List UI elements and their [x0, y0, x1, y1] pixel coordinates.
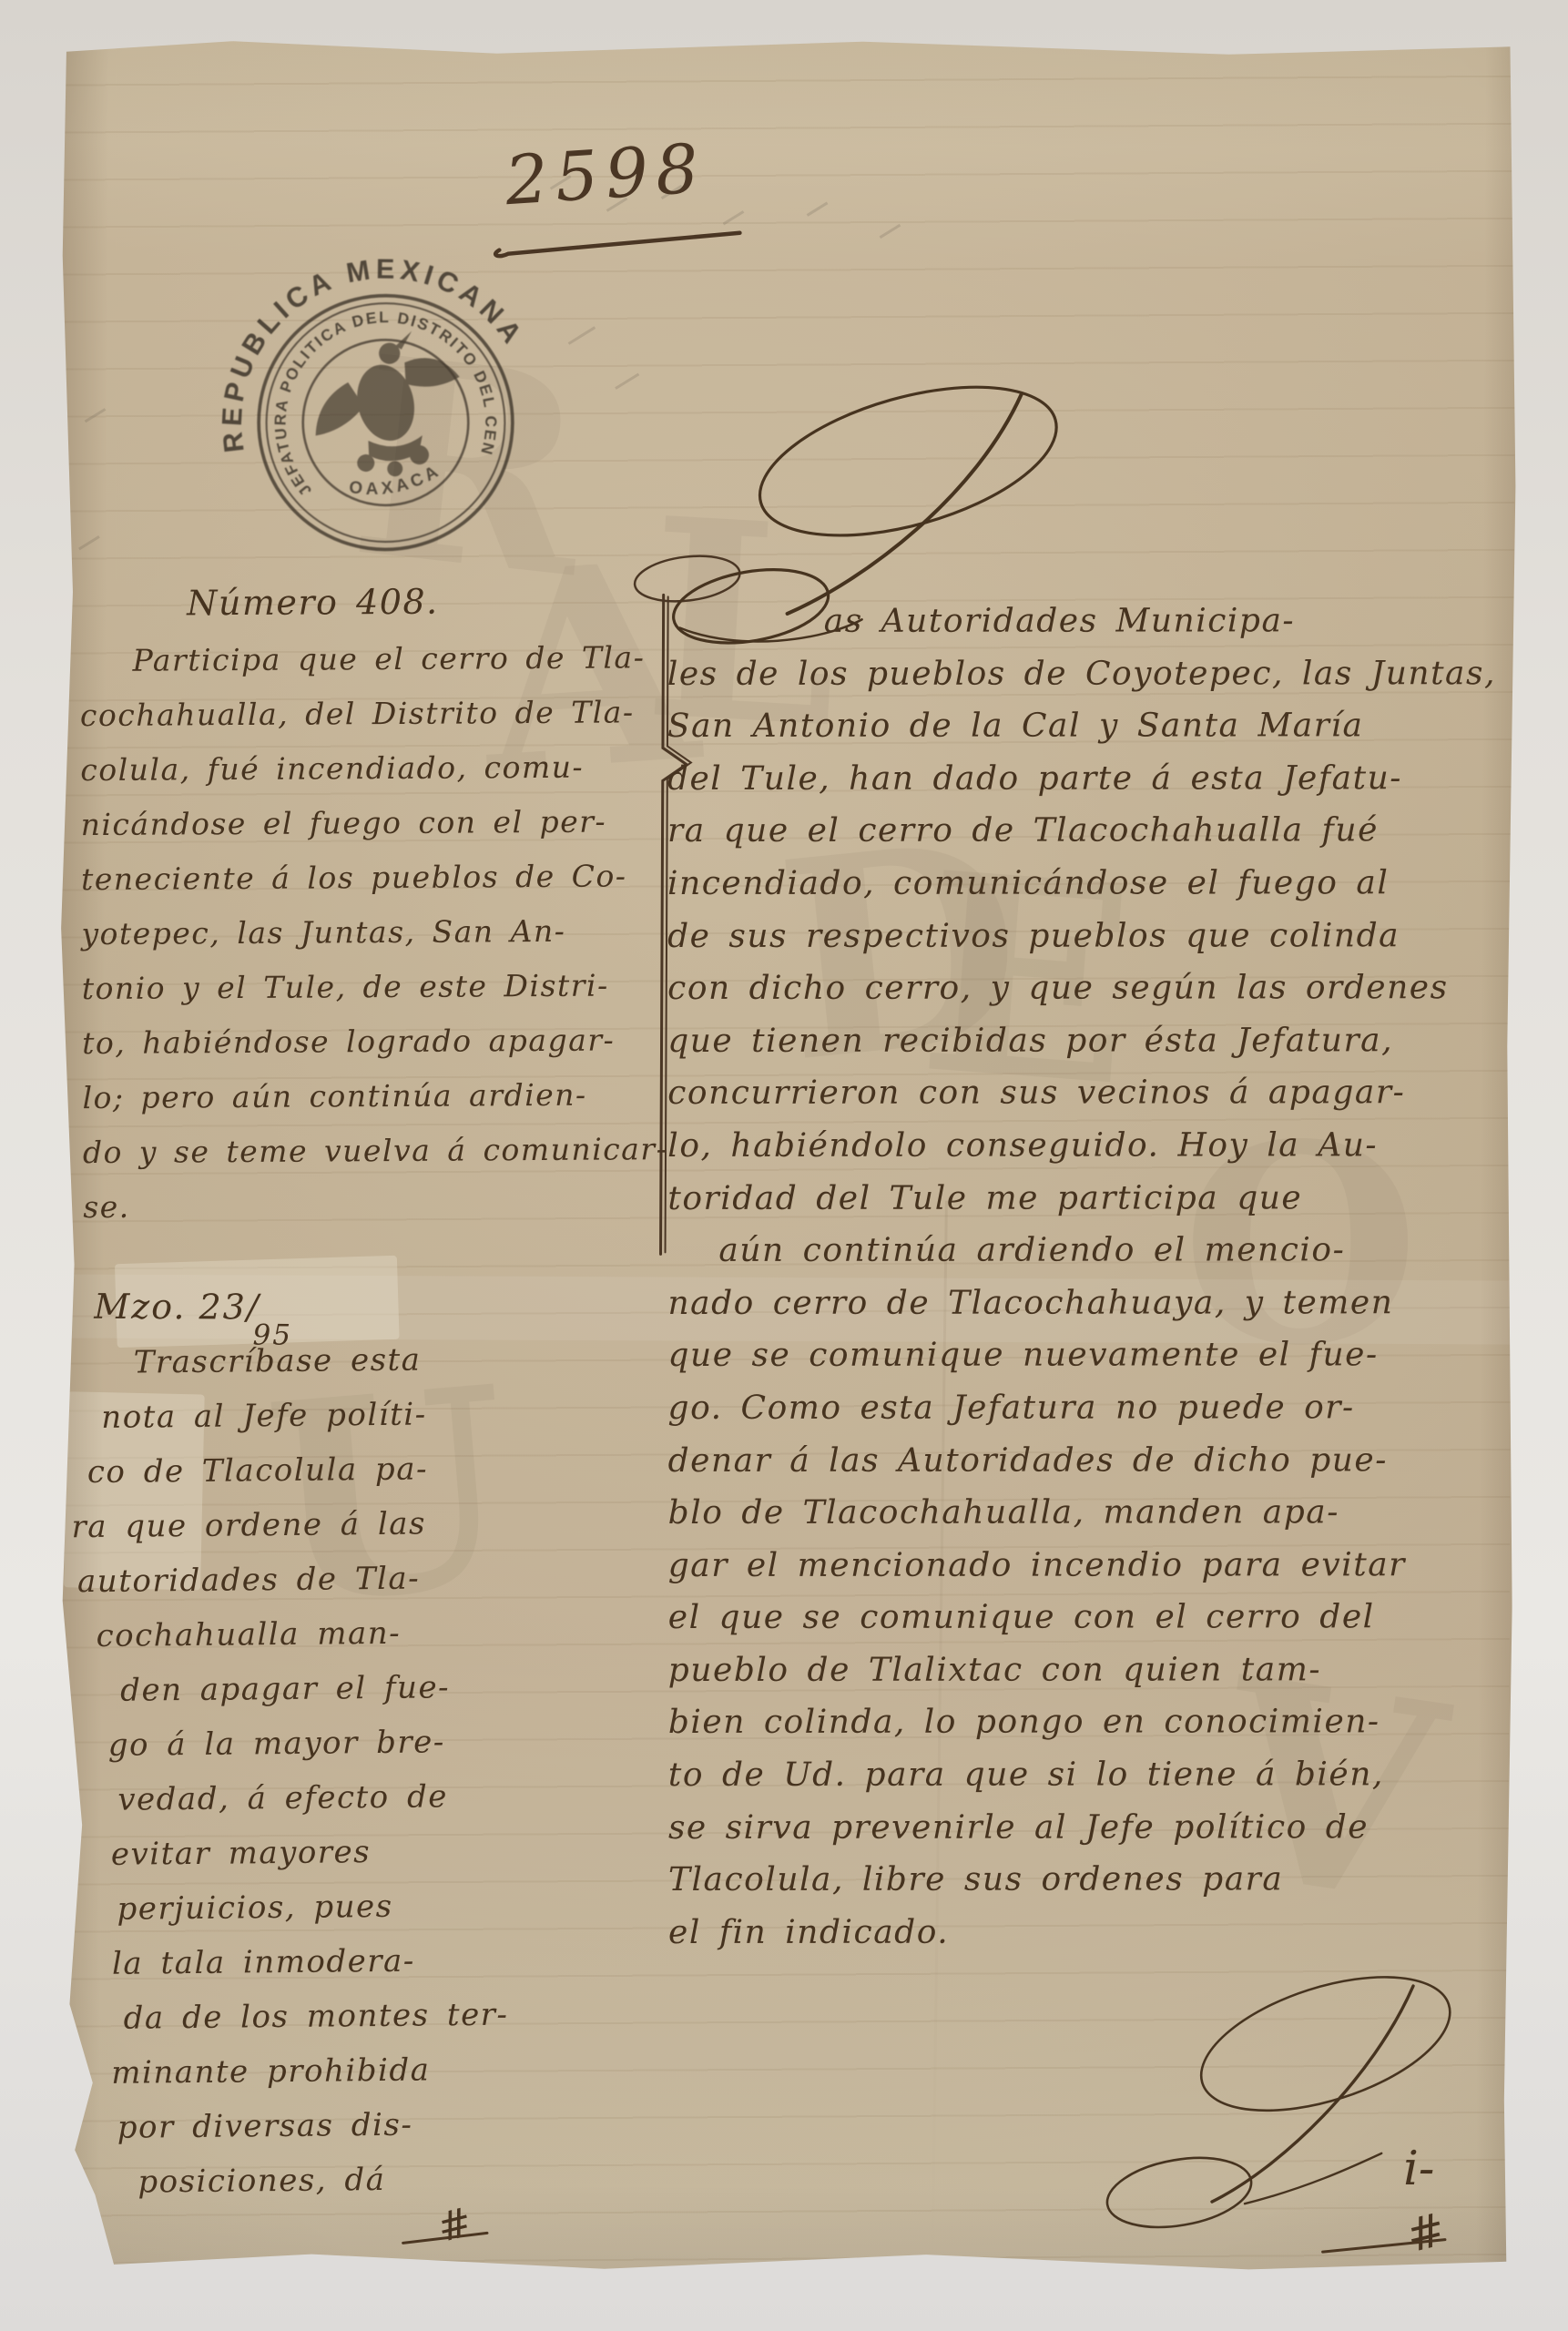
- handwritten-line: co de Tlacolula pa-: [71, 1440, 673, 1500]
- end-mark-left: #: [433, 2199, 476, 2252]
- handwritten-line: go á la mayor bre-: [73, 1713, 675, 1773]
- pencil-mark: [85, 408, 107, 422]
- handwritten-line: nicándose el fuego con el per-: [80, 794, 681, 852]
- handwritten-line: la tala inmodera-: [76, 1931, 677, 1991]
- signature-tail: i-: [1403, 2142, 1434, 2196]
- stamp-ring-text: JEFATURA POLITICA DEL DISTRITO DEL CENTR…: [166, 213, 511, 524]
- pencil-mark: [807, 202, 829, 217]
- handwritten-line: do y se teme vuelva á comunicar-: [83, 1122, 684, 1180]
- handwritten-line: de sus respectivos pueblos que colinda: [667, 910, 1546, 962]
- handwritten-line: gar el mencionado incendio para evitar: [668, 1539, 1547, 1592]
- handwritten-line: go. Como esta Jefatura no puede or-: [668, 1381, 1547, 1434]
- handwritten-line: Participa que el cerro de Tla-: [79, 630, 680, 688]
- handwritten-line: as Autoridades Municipa-: [667, 595, 1546, 647]
- handwritten-line: del Tule, han dado parte á esta Jefatu-: [667, 752, 1546, 805]
- handwritten-line: blo de Tlacochahualla, manden apa-: [668, 1486, 1547, 1539]
- handwritten-line: Trascríbase esta: [69, 1330, 671, 1390]
- handwritten-line: lo; pero aún continúa ardien-: [82, 1067, 683, 1125]
- marginal-date: Mzo. 23/95: [94, 1287, 300, 1328]
- handwritten-line: autoridades de Tla-: [72, 1549, 674, 1609]
- official-stamp: REPUBLICA MEXICANA JEFATURA POLITICA DEL…: [212, 249, 560, 596]
- handwritten-line: posiciones, dá: [77, 2150, 679, 2210]
- handwritten-line: por diversas dis-: [77, 2095, 679, 2155]
- handwritten-line: toridad del Tule me participa que: [667, 1172, 1546, 1225]
- handwritten-line: aún continúa ardiendo el mencio-: [667, 1224, 1546, 1277]
- handwritten-line: San Antonio de la Cal y Santa María: [667, 699, 1546, 752]
- handwritten-line: Tlacolula, libre sus ordenes para: [668, 1853, 1547, 1906]
- handwritten-line: el fin indicado.: [668, 1906, 1547, 1959]
- signature-flourish: i-: [1052, 1959, 1544, 2261]
- handwritten-line: pueblo de Tlalixtac con quien tam-: [668, 1644, 1547, 1696]
- marginal-decree-note: Trascríbase esta nota al Jefe políti- co…: [69, 1330, 678, 2210]
- margin-summary-note: Número 408. Participa que el cerro de Tl…: [79, 570, 684, 1235]
- handwritten-line: nota al Jefe políti-: [70, 1385, 672, 1445]
- handwritten-line: se.: [83, 1176, 684, 1235]
- file-number: 2598: [503, 129, 708, 220]
- handwritten-line: perjuicios, pues: [75, 1877, 677, 1937]
- handwritten-line: que se comunique nuevamente el fue-: [667, 1328, 1546, 1381]
- handwritten-line: tonio y el Tule, de este Distri-: [82, 958, 683, 1016]
- handwritten-line: yotepec, las Juntas, San An-: [81, 903, 682, 962]
- handwritten-line: den apagar el fue-: [73, 1658, 675, 1718]
- handwritten-line: concurrieron con sus vecinos á apagar-: [667, 1066, 1546, 1119]
- handwritten-line: to, habiéndose logrado apagar-: [82, 1013, 683, 1071]
- handwritten-line: cochahualla man-: [72, 1603, 674, 1664]
- handwritten-line: da de los montes ter-: [76, 1986, 677, 2046]
- handwritten-line: to de Ud. para que si lo tiene á bién,: [668, 1748, 1547, 1801]
- handwritten-line: lo, habiéndolo conseguido. Hoy la Au-: [667, 1119, 1546, 1172]
- handwritten-line: con dicho cerro, y que según las ordenes: [667, 962, 1546, 1014]
- handwritten-line: ra que el cerro de Tlacochahualla fué: [667, 804, 1546, 857]
- photo-backdrop: R A L D E O U V 2598: [0, 0, 1568, 2331]
- handwritten-line: ra que ordene á las: [71, 1494, 673, 1554]
- handwritten-line: el que se comunique con el cerro del: [668, 1591, 1547, 1644]
- handwritten-line: vedad, á efecto de: [74, 1767, 676, 1827]
- manuscript-page: R A L D E O U V 2598: [48, 32, 1522, 2280]
- main-body-text: as Autoridades Municipa- les de los pueb…: [667, 595, 1547, 1959]
- svg-text:JEFATURA POLITICA DEL DISTRITO: JEFATURA POLITICA DEL DISTRITO DEL CENTR…: [166, 213, 511, 524]
- handwritten-line: colula, fué incendiado, comu-: [80, 739, 681, 798]
- pencil-mark: [78, 535, 100, 550]
- date-text: Mzo. 23/: [94, 1287, 260, 1328]
- handwritten-line: teneciente á los pueblos de Co-: [81, 849, 682, 907]
- pencil-mark: [568, 326, 596, 344]
- handwritten-line: incendiado, comunicándose el fuego al: [667, 857, 1546, 910]
- handwritten-line: les de los pueblos de Coyotepec, las Jun…: [667, 647, 1546, 700]
- pencil-mark: [880, 224, 901, 239]
- handwritten-line: evitar mayores: [75, 1822, 677, 1882]
- handwritten-line: bien colinda, lo pongo en conocimien-: [668, 1696, 1547, 1749]
- handwritten-line: nado cerro de Tlacochahuaya, y temen: [667, 1277, 1546, 1329]
- handwritten-line: que tienen recibidas por ésta Jefatura,: [667, 1014, 1546, 1067]
- margin-note-heading: Número 408.: [79, 570, 680, 634]
- handwritten-line: minante prohibida: [76, 2041, 678, 2101]
- handwritten-line: cochahualla, del Distrito de Tla-: [80, 685, 681, 743]
- handwritten-line: denar á las Autoridades de dicho pue-: [668, 1434, 1547, 1487]
- handwritten-line: se sirva prevenirle al Jefe político de: [668, 1801, 1547, 1854]
